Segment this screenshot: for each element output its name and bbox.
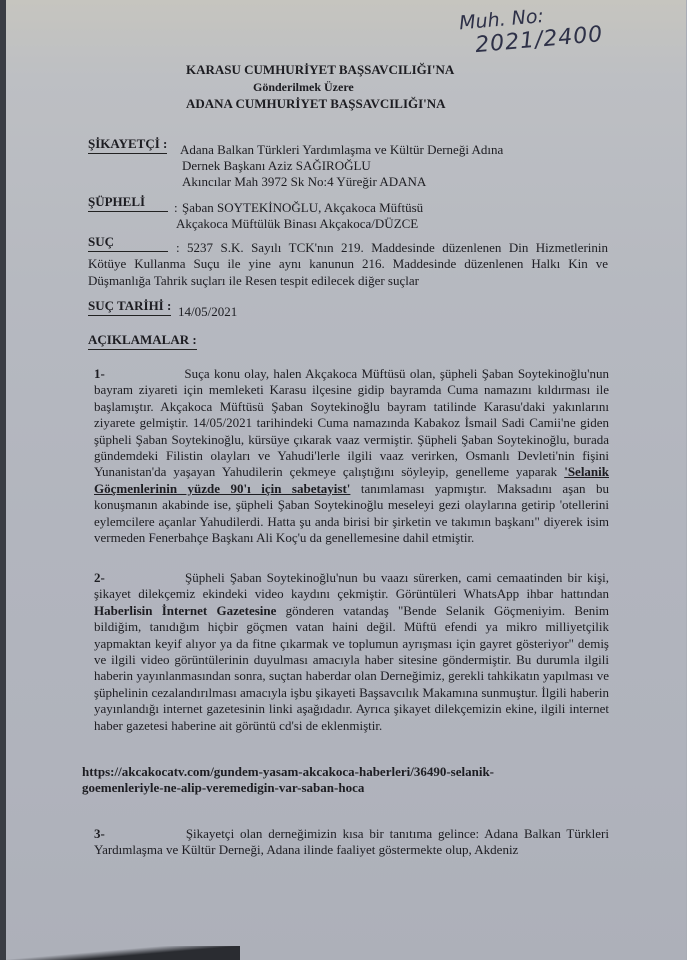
news-link[interactable]: https://akcakocatv.com/gundem-yasam-akca… [82,764,602,796]
document-page: Muh. No: 2021/2400 KARASU CUMHURİYET BAŞ… [6,0,686,960]
complainant-line-2: Dernek Başkanı Aziz SAĞIROĞLU [182,158,371,174]
crime-text: : 5237 S.K. Sayılı TCK'nın 219. Maddesin… [88,240,608,289]
news-link-line-2[interactable]: goemenleriyle-ne-alip-veremedigin-var-sa… [82,780,602,796]
addressee-line-3: ADANA CUMHURİYET BAŞSAVCILIĞI'NA [186,96,446,111]
suspect-line-1: Şaban SOYTEKİNOĞLU, Akçakoca Müftüsü [182,200,423,216]
paragraph-2-newspaper: Haberlisin İnternet Gazetesine [94,603,276,618]
news-link-line-1[interactable]: https://akcakocatv.com/gundem-yasam-akca… [82,764,602,780]
paragraph-2-number: 2- [94,570,180,586]
complainant-line-3: Akıncılar Mah 3972 Sk No:4 Yüreğir ADANA [182,174,426,190]
addressee-line-2: Gönderilmek Üzere [253,80,354,95]
photo-bottom-shadow [0,946,240,960]
explanations-label: AÇIKLAMALAR : [88,332,197,350]
crime-date-label: SUÇ TARİHİ : [88,298,171,316]
paragraph-1-number: 1- [94,366,180,382]
paragraph-3-number: 3- [94,826,180,842]
paragraph-1: 1- Suça konu olay, halen Akçakoca Müftüs… [94,366,609,546]
complainant-line-1: Adana Balkan Türkleri Yardımlaşma ve Kül… [180,142,503,158]
complainant-label: ŞİKAYETÇİ : [88,136,167,154]
handwritten-note: Muh. No: 2021/2400 [454,0,657,60]
paragraph-2-text-b: gönderen vatandaş "Bende Selanik Göçmeni… [94,603,609,733]
paragraph-2: 2- Şüpheli Şaban Soytekinoğlu'nun bu vaa… [94,570,609,734]
suspect-colon: : [174,200,178,216]
suspect-line-2: Akçakoca Müftülük Binası Akçakoca/DÜZCE [176,216,418,232]
paragraph-3: 3- Şikayetçi olan derneğimizin kısa bir … [94,826,609,859]
suspect-label: ŞÜPHELİ [88,194,168,212]
crime-date-value: 14/05/2021 [178,304,237,320]
addressee-line-1: KARASU CUMHURİYET BAŞSAVCILIĞI'NA [186,62,454,77]
paragraph-1-text-a: Suça konu olay, halen Akçakoca Müftüsü o… [94,366,609,479]
